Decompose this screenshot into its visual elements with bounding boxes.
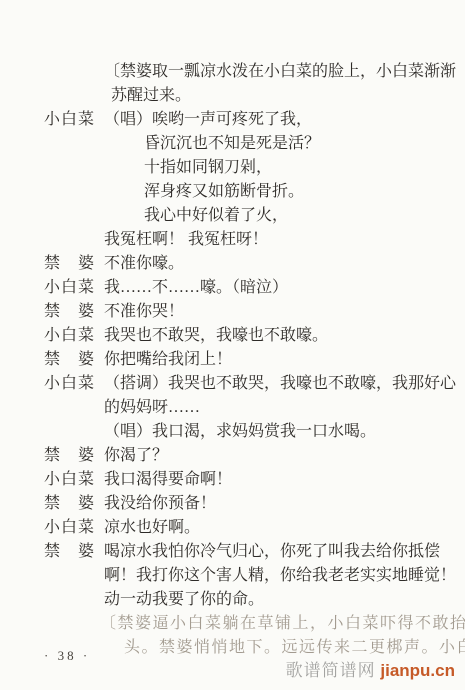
script-line: 的妈妈呀…… (0, 396, 465, 420)
script-line: 〔禁婆逼小白菜躺在草铺上，小白菜吓得不敢抬 (0, 612, 465, 636)
script-line: 我心中好似着了火， (0, 204, 465, 228)
script-line: 苏醒过来。 (0, 84, 465, 108)
line-text: 〔禁婆逼小白菜躺在草铺上，小白菜吓得不敢抬 (100, 612, 465, 636)
watermark-site-url: jianpu.cn (380, 661, 455, 680)
line-text: 啊！我打你这个害人精，你给我老老实实地睡觉！ (104, 564, 456, 588)
script-line: 十指如同钢刀剁， (0, 156, 465, 180)
page-number: · 38 · (44, 648, 90, 664)
script-line: 小白菜凉水也好啊。 (0, 516, 465, 540)
speaker-label: 小白菜 (44, 276, 95, 300)
script-line: 禁 婆不准你哭！ (0, 300, 465, 324)
speaker-label: 小白菜 (44, 468, 95, 492)
line-text: 凉水也好啊。 (104, 516, 200, 540)
line-text: 苏醒过来。 (111, 84, 191, 108)
script-line: 禁 婆不准你嚎。 (0, 252, 465, 276)
speaker-label: 禁 婆 (44, 252, 95, 276)
script-line: 啊！我打你这个害人精，你给我老老实实地睡觉！ (0, 564, 465, 588)
speaker-label: 小白菜 (44, 516, 95, 540)
script-body: 〔禁婆取一瓢凉水泼在小白菜的脸上，小白菜渐渐苏醒过来。小白菜（唱）唉哟一声可疼死… (0, 60, 465, 660)
script-line: 小白菜（唱）唉哟一声可疼死了我， (0, 108, 465, 132)
line-text: 动一动我要了你的命。 (104, 588, 264, 612)
script-line: 禁 婆你渴了？ (0, 444, 465, 468)
line-text: 我……不……嚎。（暗泣） (104, 276, 288, 300)
script-line: 浑身疼又如筋断骨折。 (0, 180, 465, 204)
script-line: 小白菜我口渴得要命啊！ (0, 468, 465, 492)
watermark: 歌谱简谱网 jianpu.cn (286, 656, 455, 681)
line-text: 我哭也不敢哭，我嚎也不敢嚎。 (104, 324, 328, 348)
line-text: 〔禁婆取一瓢凉水泼在小白菜的脸上，小白菜渐渐 (104, 60, 456, 84)
script-line: 小白菜我哭也不敢哭，我嚎也不敢嚎。 (0, 324, 465, 348)
line-text: 你渴了？ (104, 444, 168, 468)
speaker-label: 禁 婆 (44, 348, 95, 372)
line-text: 喝凉水我怕你冷气归心，你死了叫我去给你抵偿 (104, 540, 440, 564)
script-line: （唱）我口渴，求妈妈赏我一口水喝。 (0, 420, 465, 444)
line-text: （唱）我口渴，求妈妈赏我一口水喝。 (104, 420, 376, 444)
script-line: 小白菜我……不……嚎。（暗泣） (0, 276, 465, 300)
page-footer: · 38 · 歌谱简谱网 jianpu.cn (0, 640, 465, 684)
line-text: 浑身疼又如筋断骨折。 (144, 180, 304, 204)
speaker-label: 小白菜 (44, 324, 95, 348)
script-line: 禁 婆喝凉水我怕你冷气归心，你死了叫我去给你抵偿 (0, 540, 465, 564)
line-text: 我冤枉啊！ 我冤枉呀！ (104, 228, 268, 252)
line-text: 我没给你预备！ (104, 492, 216, 516)
line-text: 十指如同钢刀剁， (144, 156, 272, 180)
line-text: 的妈妈呀…… (104, 396, 200, 420)
line-text: 不准你嚎。 (104, 252, 184, 276)
script-line: 小白菜（搭调）我哭也不敢哭，我嚎也不敢嚎，我那好心 (0, 372, 465, 396)
line-text: 我口渴得要命啊！ (104, 468, 232, 492)
speaker-label: 禁 婆 (44, 444, 95, 468)
speaker-label: 禁 婆 (44, 300, 95, 324)
watermark-site-name: 歌谱简谱网 (286, 661, 376, 680)
line-text: 不准你哭！ (104, 300, 184, 324)
scanned-script-page: 〔禁婆取一瓢凉水泼在小白菜的脸上，小白菜渐渐苏醒过来。小白菜（唱）唉哟一声可疼死… (0, 0, 465, 690)
speaker-label: 小白菜 (44, 108, 95, 132)
script-line: 我冤枉啊！ 我冤枉呀！ (0, 228, 465, 252)
speaker-label: 禁 婆 (44, 540, 95, 564)
line-text: 你把嘴给我闭上！ (104, 348, 232, 372)
line-text: （搭调）我哭也不敢哭，我嚎也不敢嚎，我那好心 (104, 372, 456, 396)
script-line: 禁 婆我没给你预备！ (0, 492, 465, 516)
script-line: 动一动我要了你的命。 (0, 588, 465, 612)
script-line: 昏沉沉也不知是死是活？ (0, 132, 465, 156)
line-text: （唱）唉哟一声可疼死了我， (104, 108, 312, 132)
line-text: 我心中好似着了火， (144, 204, 288, 228)
script-line: 禁 婆你把嘴给我闭上！ (0, 348, 465, 372)
speaker-label: 禁 婆 (44, 492, 95, 516)
script-line: 〔禁婆取一瓢凉水泼在小白菜的脸上，小白菜渐渐 (0, 60, 465, 84)
speaker-label: 小白菜 (44, 372, 95, 396)
line-text: 昏沉沉也不知是死是活？ (144, 132, 320, 156)
